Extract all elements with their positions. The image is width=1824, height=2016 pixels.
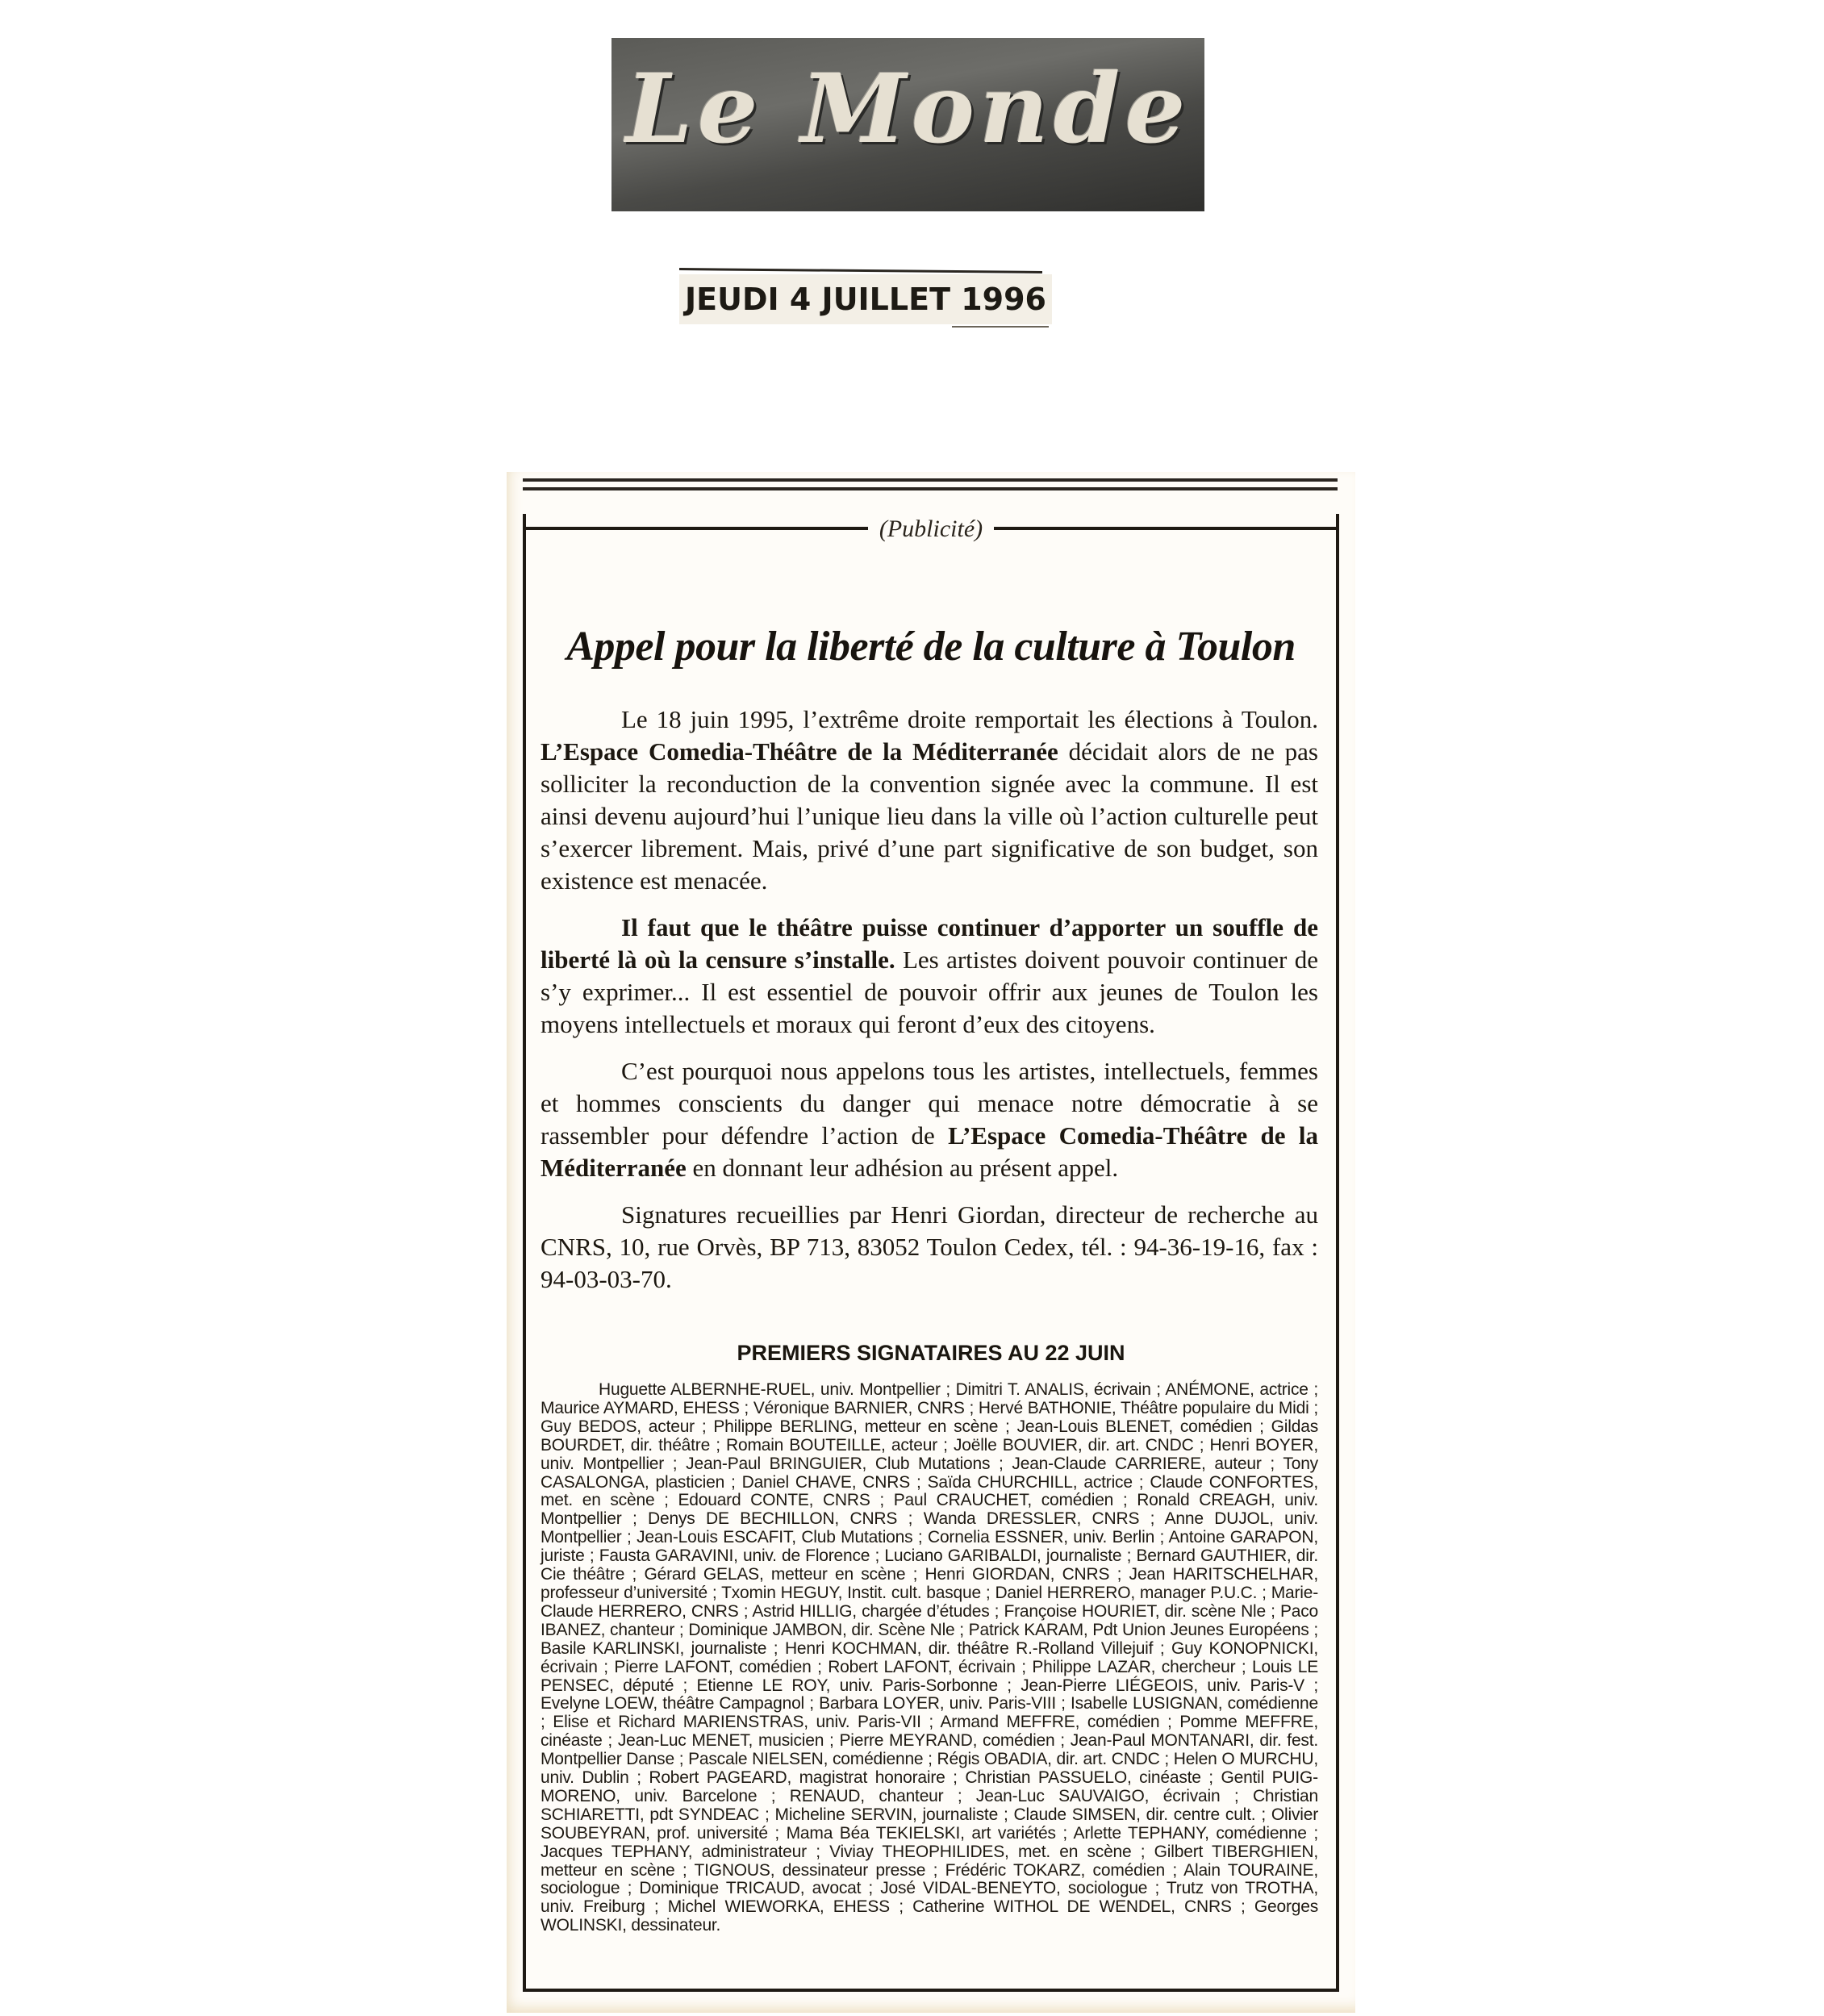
signatory: Etienne LE ROY, univ. Paris-Sorbonne ; (697, 1676, 1021, 1695)
signatory: Barbara LOYER, univ. Paris-VIII ; (819, 1694, 1071, 1713)
top-rule (523, 478, 1338, 482)
signatory: Frédéric TOKARZ, comédien ; (945, 1861, 1184, 1880)
signatory: Régis OBADIA, dir. art. CNDC ; (937, 1750, 1174, 1768)
signatory: Romain BOUTEILLE, acteur ; (726, 1436, 954, 1455)
signatory: TIGNOUS, dessinateur presse ; (694, 1861, 945, 1880)
signatory: Evelyne LOEW, théâtre Campagnol ; (541, 1694, 819, 1713)
date-rule (679, 268, 1042, 273)
newspaper-title: Le Monde (626, 52, 1191, 165)
signatory: Gérard GELAS, metteur en scène ; (644, 1565, 925, 1584)
signatory: Txomin HEGUY, Instit. cult. basque ; (721, 1584, 995, 1602)
signatory: Huguette ALBERNHE-RUEL, univ. Montpellie… (599, 1380, 956, 1399)
signatory: Basile KARLINSKI, journaliste ; (541, 1639, 785, 1658)
signatories-list: Huguette ALBERNHE-RUEL, univ. Montpellie… (541, 1381, 1318, 1935)
newspaper-masthead: Le Monde (611, 38, 1204, 211)
signatory: Astrid HILLIG, chargée d’études ; (752, 1602, 1004, 1621)
signatory: Guy BEDOS, acteur ; (541, 1417, 713, 1436)
signatory: Arlette TEPHANY, comédienne ; (1074, 1824, 1318, 1843)
advertisement-clipping: (Publicité) Appel pour la liberté de la … (507, 472, 1355, 2013)
signatory: Henri KOCHMAN, dir. théâtre R.-Rolland V… (785, 1639, 1171, 1658)
signatory: Jean-Paul BRINGUIER, Club Mutations ; (686, 1455, 1012, 1473)
signatory: Dominique TRICAUD, avocat ; (639, 1879, 880, 1897)
signatory: Denys DE BECHILLON, CNRS ; (648, 1509, 924, 1528)
signatory: Pierre LAFONT, comédien ; (614, 1658, 828, 1676)
signatory: Maurice AYMARD, EHESS ; (541, 1399, 753, 1417)
signatory: Pierre MEYRAND, comédien ; (839, 1731, 1070, 1750)
publication-date: JEUDI 4 JUILLET 1996 (685, 282, 1046, 317)
signatory: Elise et Richard MARIENSTRAS, univ. Pari… (553, 1713, 940, 1731)
signatory: José VIDAL-BENEYTO, sociologue ; (880, 1879, 1167, 1897)
signatory: Hervé BATHONIE, Théâtre populaire du Mid… (979, 1399, 1318, 1417)
ad-paragraph: Il faut que le théâtre puisse continuer … (541, 912, 1318, 1041)
signatory: Véronique BARNIER, CNRS ; (753, 1399, 979, 1417)
signatory: Jean-Louis BLENET, comédien ; (1017, 1417, 1271, 1436)
signatory: Mama Béa TEKIELSKI, art variétés ; (787, 1824, 1074, 1843)
signatory: Daniel HERRERO, manager P.U.C. ; (995, 1584, 1271, 1602)
signatory: Jean-Louis ESCAFIT, Club Mutations ; (637, 1528, 928, 1546)
signatory: Françoise HOURIET, dir. scène Nle ; (1004, 1602, 1279, 1621)
signatory: Philippe LAZAR, chercheur ; (1032, 1658, 1252, 1676)
signatory: Michel WIEWORKA, EHESS ; (668, 1897, 912, 1916)
emphasis-text: L’Espace Comedia-Théâtre de la Méditerra… (541, 737, 1058, 766)
date-strip: JEUDI 4 JUILLET 1996 (679, 274, 1052, 324)
signatory: Micheline SERVIN, journaliste ; (775, 1805, 1014, 1824)
ad-paragraph: Le 18 juin 1995, l’extrême droite rempor… (541, 703, 1318, 897)
signatory: Robert PAGEARD, magistrat honoraire ; (649, 1768, 965, 1787)
ad-paragraph: Signatures recueillies par Henri Giordan… (541, 1199, 1318, 1296)
date-rule-bottom (952, 326, 1049, 328)
signatory: Patrick KARAM, Pdt Union Jeunes Européen… (969, 1621, 1318, 1639)
signatory: Wanda DRESSLER, CNRS ; (924, 1509, 1165, 1528)
signatory: Claude SIMSEN, dir. centre cult. ; (1014, 1805, 1271, 1824)
signatory: Jacques TEPHANY, administrateur ; (541, 1843, 829, 1861)
ad-label: (Publicité) (868, 515, 994, 543)
signatory: Joëlle BOUVIER, dir. art. CNDC ; (954, 1436, 1210, 1455)
top-rule (523, 487, 1338, 490)
signatory: Pascale NIELSEN, comédienne ; (688, 1750, 937, 1768)
signatory: Robert LAFONT, écrivain ; (828, 1658, 1032, 1676)
signatory: Christian PASSUELO, cinéaste ; (965, 1768, 1221, 1787)
signatory: Viviay THEOPHILIDES, met. en scène ; (829, 1843, 1154, 1861)
signatory: Paul CRAUCHET, comédien ; (894, 1491, 1137, 1509)
signatory: Jean-Pierre LIÉGEOIS, univ. Paris-V ; (1021, 1676, 1318, 1695)
paragraph-text: Le 18 juin 1995, l’extrême droite rempor… (621, 705, 1318, 733)
signatory: Cornelia ESSNER, univ. Berlin ; (928, 1528, 1168, 1546)
signatory: ANÉMONE, actrice ; (1165, 1380, 1318, 1399)
paragraph-text: Signatures recueillies par Henri Giordan… (541, 1200, 1318, 1293)
ad-paragraph: C’est pourquoi nous appelons tous les ar… (541, 1055, 1318, 1184)
signatory: Edouard CONTE, CNRS ; (678, 1491, 893, 1509)
ad-frame: (Publicité) Appel pour la liberté de la … (523, 514, 1339, 1992)
ad-headline: Appel pour la liberté de la culture à To… (526, 623, 1336, 670)
signatory: Jean-Luc MENET, musicien ; (618, 1731, 840, 1750)
signatory: Jean-Luc SAUVAIGO, écrivain ; (976, 1787, 1253, 1805)
signatory: Luciano GARIBALDI, journaliste ; (884, 1546, 1136, 1565)
signatory: RENAUD, chanteur ; (790, 1787, 976, 1805)
signatory: Daniel CHAVE, CNRS ; (742, 1473, 928, 1492)
signatory: Armand MEFFRE, comédien ; (940, 1713, 1179, 1731)
frame-line (994, 527, 1336, 530)
signatory: Dominique JAMBON, dir. Scène Nle ; (688, 1621, 968, 1639)
signatory: Jean-Claude CARRIERE, auteur ; (1012, 1455, 1283, 1473)
signatory: Philippe BERLING, metteur en scène ; (713, 1417, 1016, 1436)
signatory: Henri GIORDAN, CNRS ; (925, 1565, 1129, 1584)
signatory: Catherine WITHOL DE WENDEL, CNRS ; (912, 1897, 1254, 1916)
frame-line (526, 527, 868, 530)
signatories-title: PREMIERS SIGNATAIRES AU 22 JUIN (526, 1341, 1336, 1366)
signatory: Dimitri T. ANALIS, écrivain ; (956, 1380, 1166, 1399)
signatory: Fausta GARAVINI, univ. de Florence ; (599, 1546, 885, 1565)
paragraph-text: en donnant leur adhésion au présent appe… (687, 1154, 1118, 1182)
ad-body: Le 18 juin 1995, l’extrême droite rempor… (541, 703, 1318, 1310)
ad-frame-top: (Publicité) (526, 514, 1336, 543)
signatory: Saïda CHURCHILL, actrice ; (928, 1473, 1150, 1492)
